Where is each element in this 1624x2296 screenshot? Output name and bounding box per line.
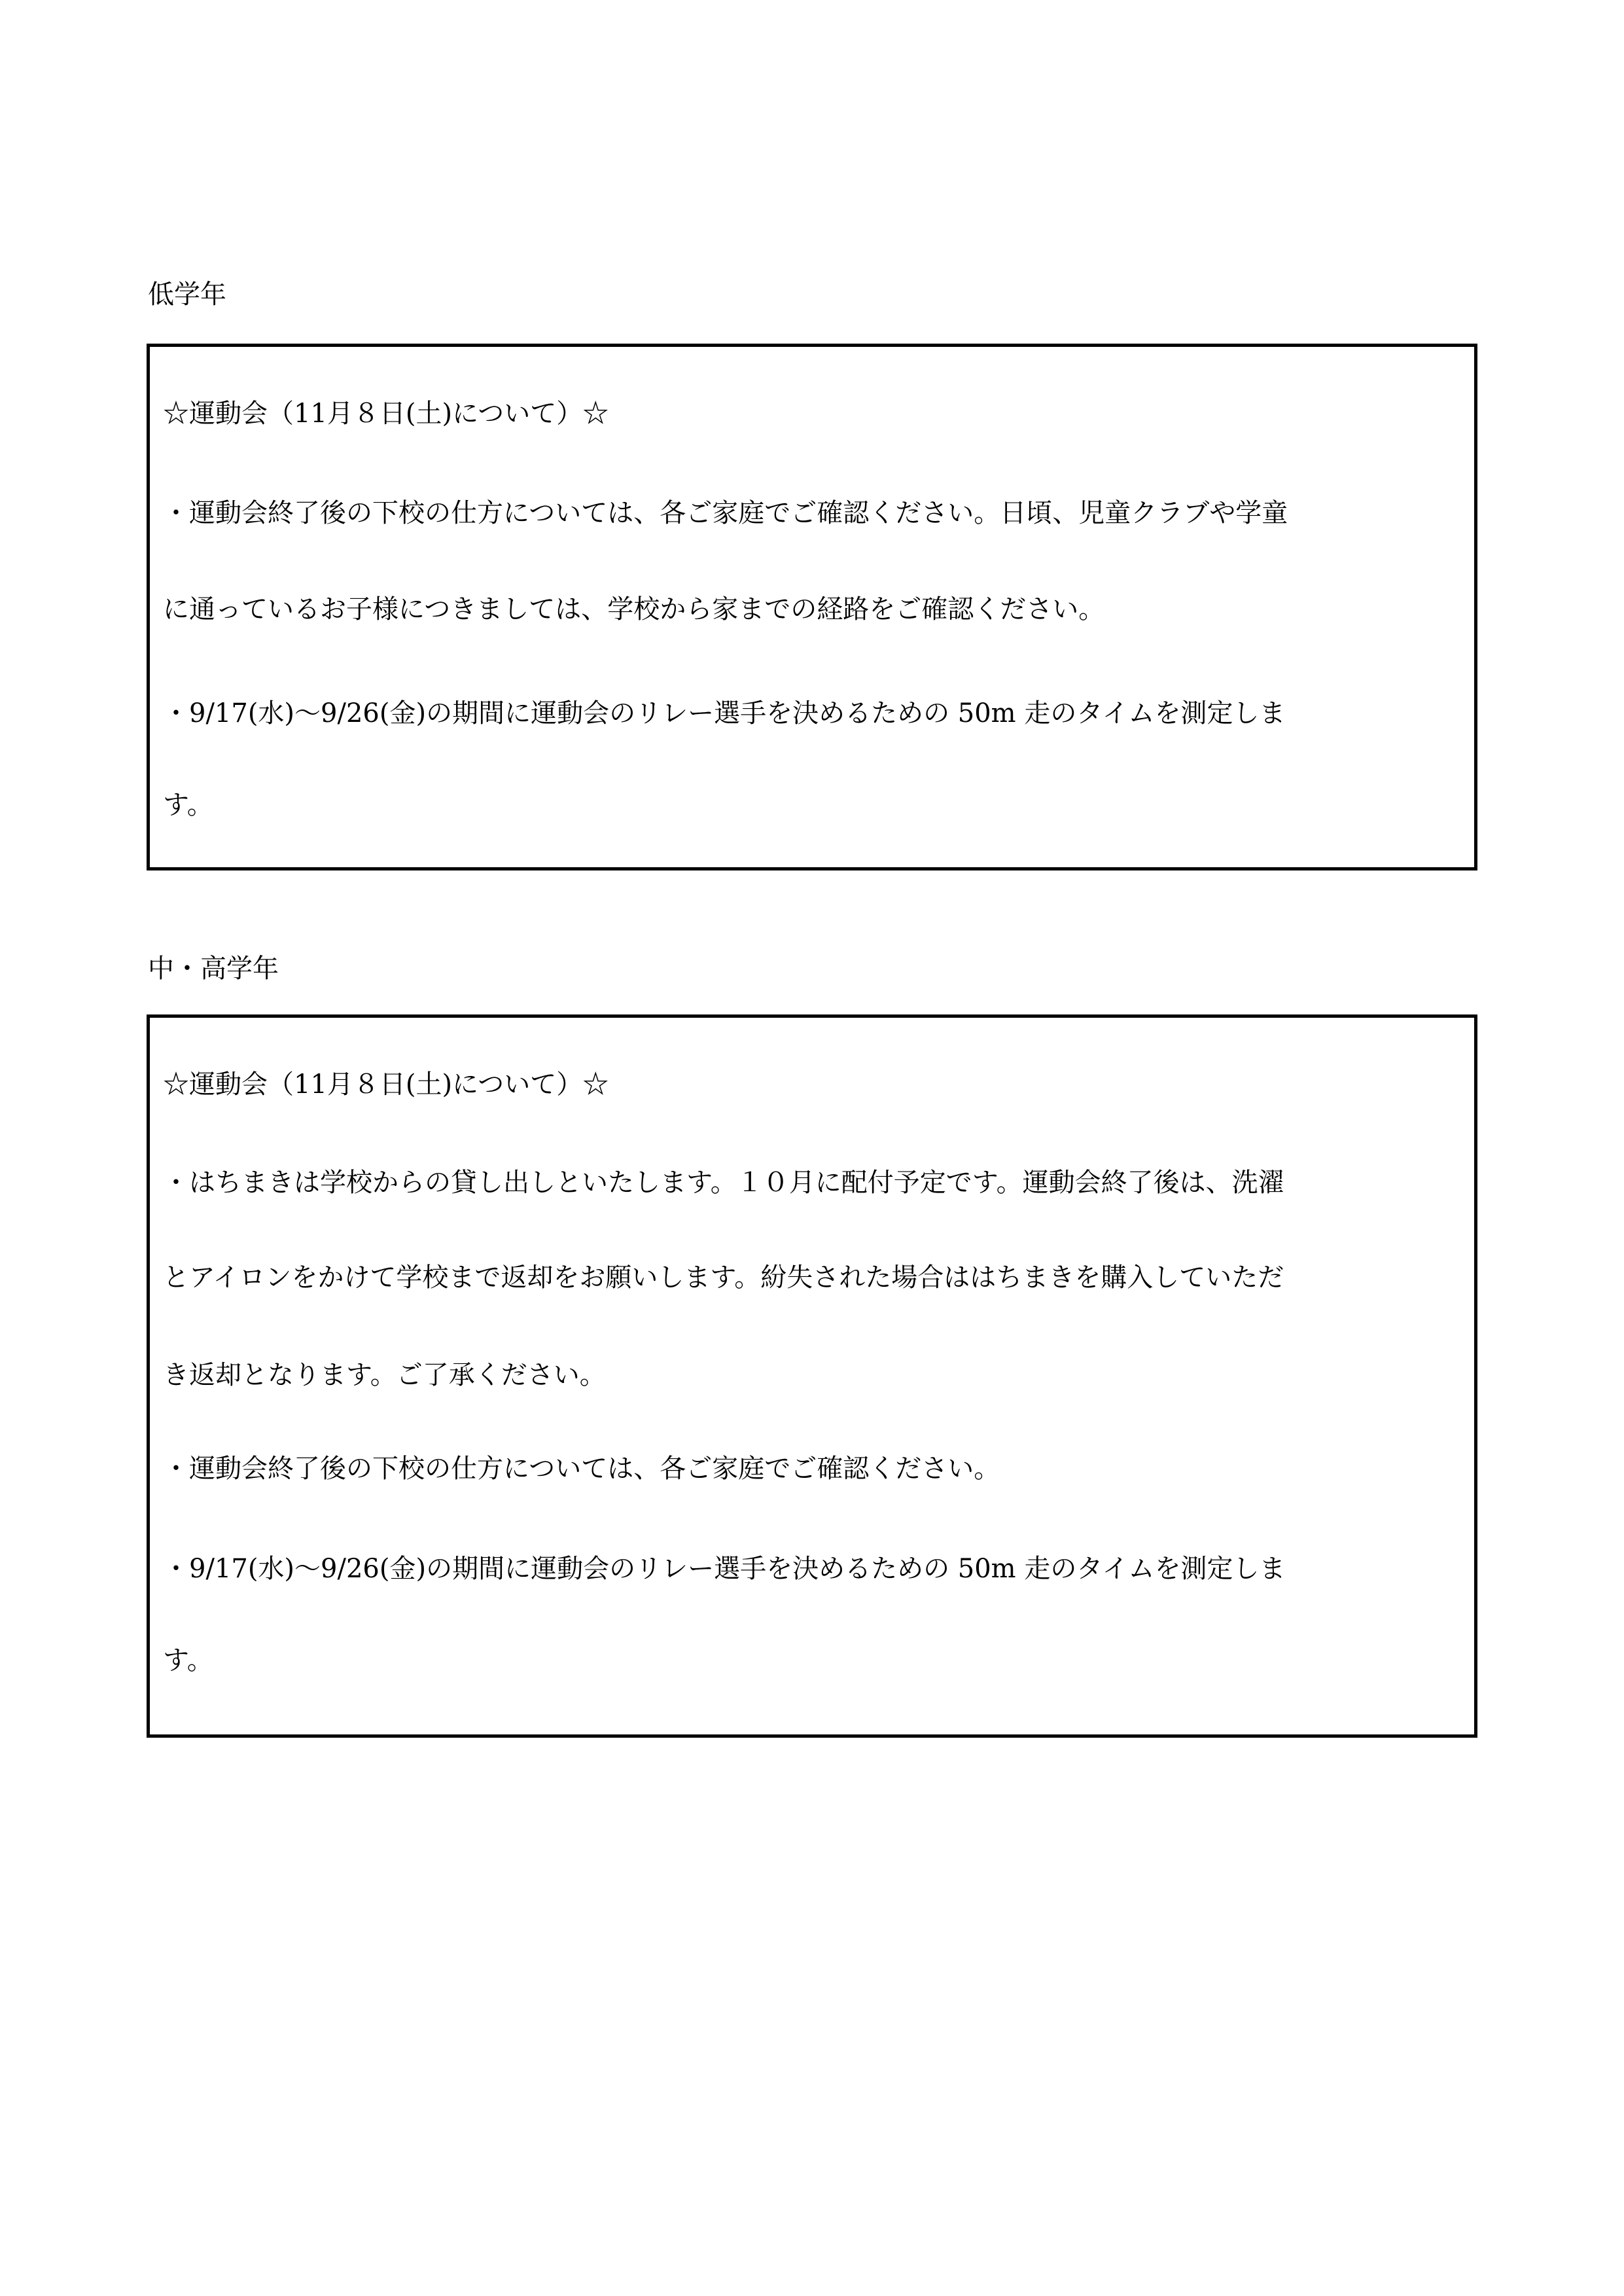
notice-box-lower-grades: ☆運動会（11月８日(土)について）☆ ・運動会終了後の下校の仕方については、各… — [147, 344, 1477, 870]
notice-box-middle-upper-grades: ☆運動会（11月８日(土)について）☆ ・はちまきは学校からの貸し出しといたしま… — [147, 1014, 1477, 1738]
notice-line: とアイロンをかけて学校まで返却をお願いします。紛失された場合ははちまきを購入して… — [163, 1262, 1465, 1293]
notice-line: ・運動会終了後の下校の仕方については、各ご家庭でご確認ください。 — [163, 1453, 1465, 1484]
notice-title: ☆運動会（11月８日(土)について）☆ — [163, 398, 1465, 429]
notice-line: き返却となります。ご了承ください。 — [163, 1359, 1465, 1391]
notice-line: す。 — [163, 1645, 1465, 1676]
section-heading-middle-upper-grades: 中・高学年 — [148, 953, 279, 984]
section-heading-lower-grades: 低学年 — [148, 279, 226, 310]
notice-line: ・はちまきは学校からの貸し出しといたします。１０月に配付予定です。運動会終了後は… — [163, 1167, 1465, 1198]
notice-line: ・9/17(水)～9/26(金)の期間に運動会のリレー選手を決めるための 50m… — [163, 698, 1465, 729]
notice-title: ☆運動会（11月８日(土)について）☆ — [163, 1069, 1465, 1100]
notice-line: す。 — [163, 789, 1465, 821]
notice-line: ・運動会終了後の下校の仕方については、各ご家庭でご確認ください。日頃、児童クラブ… — [163, 497, 1465, 529]
notice-line: に通っているお子様につきましては、学校から家までの経路をご確認ください。 — [163, 594, 1465, 625]
notice-line: ・9/17(水)～9/26(金)の期間に運動会のリレー選手を決めるための 50m… — [163, 1553, 1465, 1585]
